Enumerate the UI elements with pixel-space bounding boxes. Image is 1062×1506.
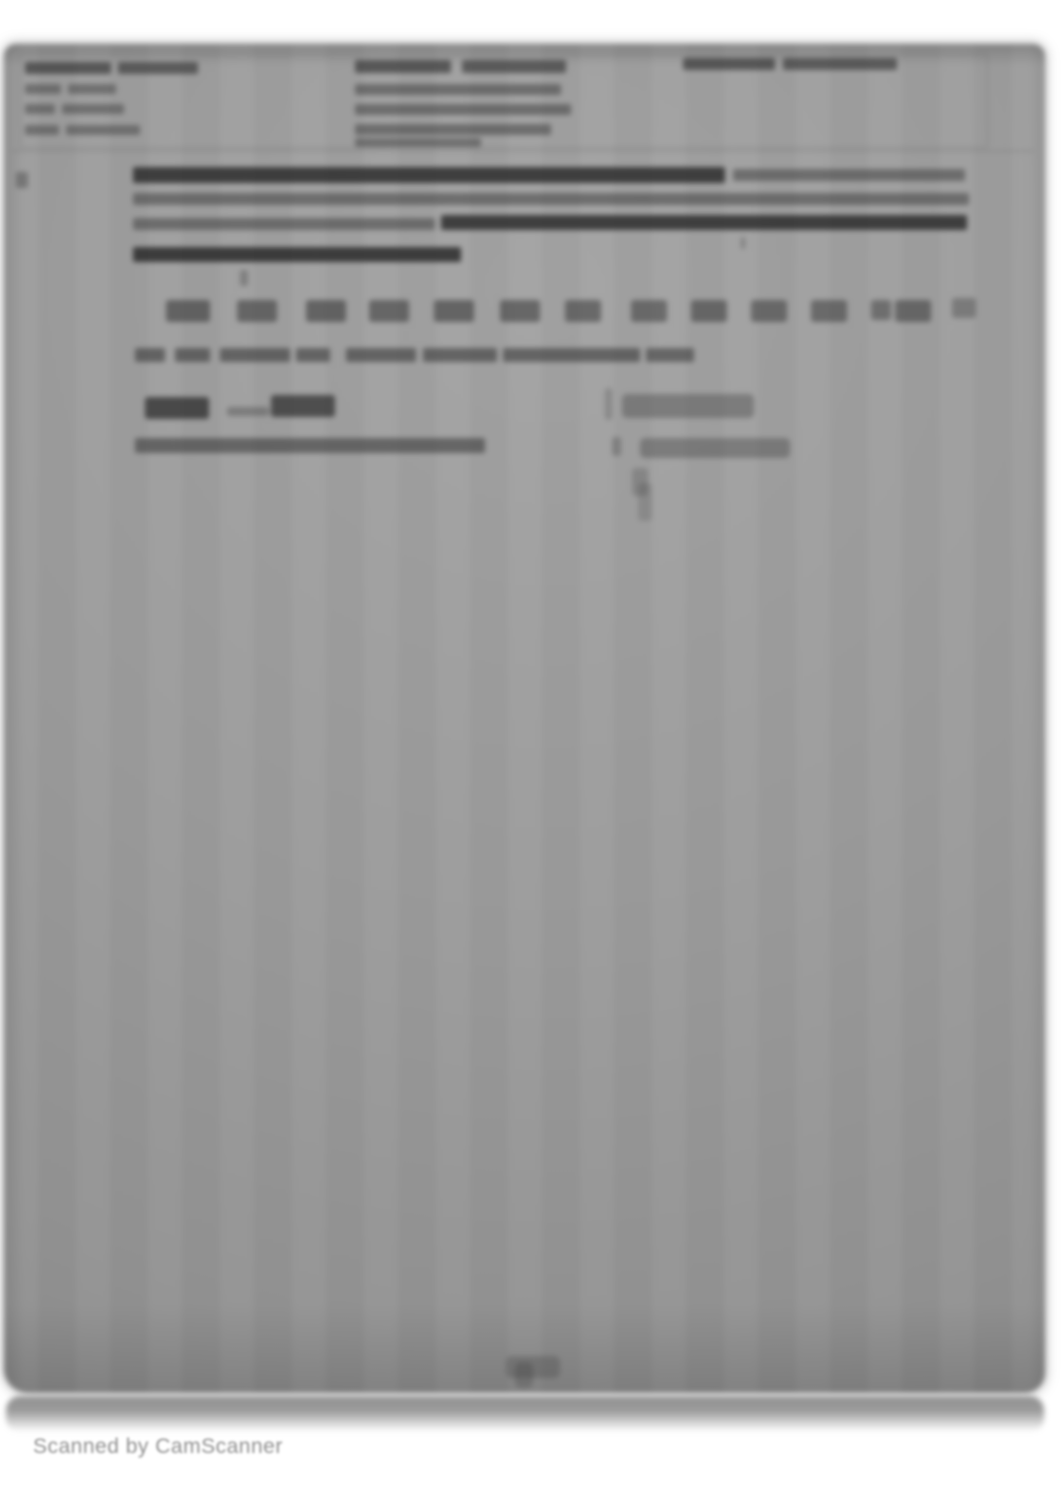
header-field-blur xyxy=(355,124,551,135)
data-value-blur xyxy=(166,300,210,322)
handwritten-note-blur xyxy=(605,388,612,420)
scanned-document-page xyxy=(4,44,1045,1393)
camscanner-watermark: Scanned by CamScanner xyxy=(33,1435,283,1459)
data-value-blur xyxy=(751,300,787,322)
photo-background: Scanned by CamScanner xyxy=(0,0,1062,1506)
question-text-blur xyxy=(296,348,330,362)
header-field-blur xyxy=(62,104,124,114)
question-text-blur xyxy=(220,348,290,362)
paragraph-line-blur xyxy=(733,169,965,181)
paragraph-line-blur xyxy=(133,218,435,230)
handwritten-answer-blur xyxy=(227,407,269,416)
data-value-blur xyxy=(565,300,601,322)
data-value-blur xyxy=(895,300,931,322)
header-field-blur xyxy=(683,58,775,70)
data-value-blur xyxy=(434,300,474,322)
header-field-blur xyxy=(355,60,451,73)
header-field-blur xyxy=(25,125,59,135)
question-text-blur xyxy=(423,348,497,362)
paragraph-redacted-blur xyxy=(441,215,967,230)
data-value-blur xyxy=(811,300,847,322)
data-value-blur xyxy=(952,298,976,318)
handwritten-note-blur xyxy=(638,483,652,521)
header-field-blur xyxy=(25,104,55,114)
header-field-blur xyxy=(462,60,566,73)
paragraph-redacted-blur xyxy=(133,247,461,262)
question-text-blur xyxy=(135,438,485,453)
handwritten-answer-blur xyxy=(271,395,335,417)
header-field-blur xyxy=(25,84,61,94)
question-text-blur xyxy=(346,348,416,362)
data-value-blur xyxy=(871,300,891,320)
question-text-blur xyxy=(646,348,694,362)
page-number-blur xyxy=(515,1362,533,1388)
data-value-blur xyxy=(500,300,540,322)
header-field-blur xyxy=(783,58,897,70)
header-field-blur xyxy=(25,62,111,74)
stray-mark-blur xyxy=(741,237,745,249)
data-value-blur xyxy=(369,300,409,322)
item-number-blur xyxy=(16,172,28,188)
data-value-blur xyxy=(691,300,727,322)
page-bottom-edge-shadow xyxy=(6,1396,1044,1432)
question-text-blur xyxy=(503,348,640,362)
question-text-blur xyxy=(175,348,210,362)
handwritten-note-blur xyxy=(612,437,621,456)
header-field-blur xyxy=(66,125,140,135)
header-field-blur xyxy=(355,104,571,115)
handwritten-answer-blur xyxy=(145,397,209,419)
handwritten-note-blur xyxy=(622,394,754,418)
header-field-blur xyxy=(355,138,481,147)
header-field-blur xyxy=(68,84,116,94)
question-text-blur xyxy=(135,348,165,362)
handwritten-note-blur xyxy=(640,438,790,458)
paragraph-line-blur xyxy=(133,193,969,205)
header-field-blur xyxy=(118,62,198,74)
data-value-blur xyxy=(237,300,277,322)
stray-mark-blur xyxy=(240,270,248,286)
paragraph-redacted-blur xyxy=(133,167,725,183)
blurred-ink-layer xyxy=(4,44,1045,1393)
header-field-blur xyxy=(355,84,561,95)
data-value-blur xyxy=(306,300,346,322)
data-value-blur xyxy=(631,300,667,322)
